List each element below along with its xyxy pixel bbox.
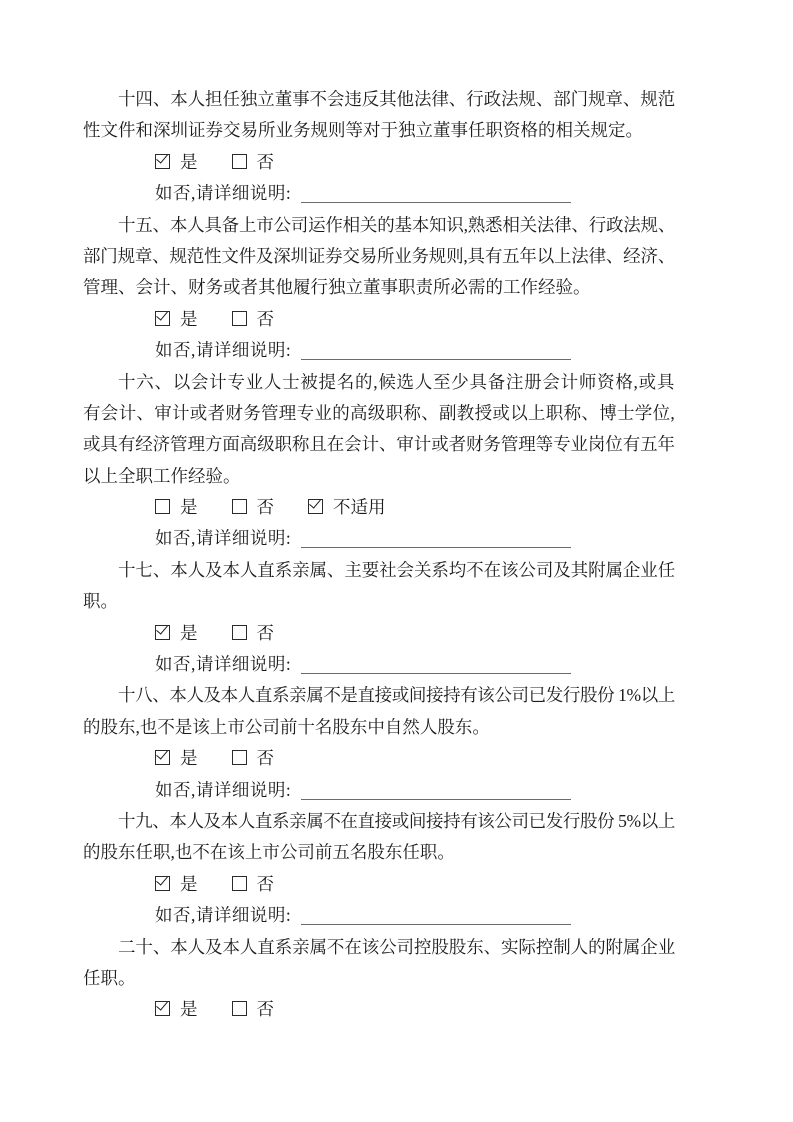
answer-option[interactable]: 否 xyxy=(232,623,275,643)
paragraph-line-text: 十八、本人及本人直系亲属不是直接或间接持有该公司已发行股份 1%以上 xyxy=(118,685,675,705)
document-page: 十四、本人担任独立董事不会违反其他法律、行政法规、部门规章、规范性文件和深圳证券… xyxy=(0,0,793,1122)
checkbox-unchecked-icon[interactable] xyxy=(232,625,247,640)
declaration-item: 十四、本人担任独立董事不会违反其他法律、行政法规、部门规章、规范性文件和深圳证券… xyxy=(83,84,675,210)
paragraph-line-text: 十五、本人具备上市公司运作相关的基本知识,熟悉相关法律、行政法规、 xyxy=(118,215,675,235)
explain-prompt-label: 如否,请详细说明: xyxy=(155,528,291,548)
explain-row: 如否,请详细说明: xyxy=(83,900,675,931)
paragraph-line-text: 管理、会计、财务或者其他履行独立董事职责所必需的工作经验。 xyxy=(83,277,591,297)
explain-prompt-label: 如否,请详细说明: xyxy=(155,905,291,925)
explain-row: 如否,请详细说明: xyxy=(83,775,675,806)
paragraph-line: 十八、本人及本人直系亲属不是直接或间接持有该公司已发行股份 1%以上 xyxy=(83,680,675,711)
paragraph-line-text: 或具有经济管理方面高级职称且在会计、审计或者财务管理等专业岗位有五年 xyxy=(83,434,675,454)
answer-option[interactable]: 否 xyxy=(232,309,275,329)
answer-row: 是否 xyxy=(83,869,675,900)
paragraph-line: 十七、本人及本人直系亲属、主要社会关系均不在该公司及其附属企业任 xyxy=(83,555,675,586)
checkbox-unchecked-icon[interactable] xyxy=(232,499,247,514)
document-content: 十四、本人担任独立董事不会违反其他法律、行政法规、部门规章、规范性文件和深圳证券… xyxy=(83,84,675,1026)
paragraph-line-text: 十九、本人及本人直系亲属不在直接或间接持有该公司已发行股份 5%以上 xyxy=(118,811,675,831)
explain-blank-field[interactable] xyxy=(301,183,571,203)
paragraph-line: 十六、以会计专业人士被提名的,候选人至少具备注册会计师资格,或具 xyxy=(83,367,675,398)
checkbox-unchecked-icon[interactable] xyxy=(232,876,247,891)
explain-prompt-label: 如否,请详细说明: xyxy=(155,183,291,203)
answer-row: 是否 xyxy=(83,304,675,335)
explain-blank-field[interactable] xyxy=(301,528,571,548)
answer-option-label: 不适用 xyxy=(333,497,386,517)
answer-option[interactable]: 是 xyxy=(155,748,198,768)
answer-row: 是否 xyxy=(83,743,675,774)
answer-option[interactable]: 是 xyxy=(155,874,198,894)
check-mark xyxy=(156,308,168,320)
checkbox-checked-icon[interactable] xyxy=(308,499,323,514)
paragraph-line-text: 二十、本人及本人直系亲属不在该公司控股股东、实际控制人的附属企业 xyxy=(118,937,675,957)
explain-prompt-label: 如否,请详细说明: xyxy=(155,780,291,800)
check-mark xyxy=(156,622,168,634)
paragraph-line: 职。 xyxy=(83,586,675,617)
paragraph-line: 性文件和深圳证券交易所业务规则等对于独立董事任职资格的相关规定。 xyxy=(83,115,675,146)
answer-option-label: 是 xyxy=(180,748,198,768)
paragraph-line: 十四、本人担任独立董事不会违反其他法律、行政法规、部门规章、规范 xyxy=(83,84,675,115)
declaration-item: 十六、以会计专业人士被提名的,候选人至少具备注册会计师资格,或具有会计、审计或者… xyxy=(83,367,675,555)
answer-option-label: 否 xyxy=(257,874,275,894)
answer-row: 是否 xyxy=(83,147,675,178)
paragraph-line-text: 十四、本人担任独立董事不会违反其他法律、行政法规、部门规章、规范 xyxy=(118,89,675,109)
answer-option[interactable]: 是 xyxy=(155,309,198,329)
checkbox-checked-icon[interactable] xyxy=(155,625,170,640)
checkbox-unchecked-icon[interactable] xyxy=(232,311,247,326)
paragraph-line: 任职。 xyxy=(83,963,675,994)
declaration-item: 十八、本人及本人直系亲属不是直接或间接持有该公司已发行股份 1%以上的股东,也不… xyxy=(83,680,675,806)
checkbox-unchecked-icon[interactable] xyxy=(232,750,247,765)
answer-option[interactable]: 是 xyxy=(155,497,198,517)
explain-prompt-label: 如否,请详细说明: xyxy=(155,654,291,674)
answer-option[interactable]: 是 xyxy=(155,623,198,643)
declaration-item: 十九、本人及本人直系亲属不在直接或间接持有该公司已发行股份 5%以上的股东任职,… xyxy=(83,806,675,932)
check-mark xyxy=(156,151,168,163)
answer-option-label: 是 xyxy=(180,152,198,172)
declaration-item: 十七、本人及本人直系亲属、主要社会关系均不在该公司及其附属企业任职。是否如否,请… xyxy=(83,555,675,681)
check-mark xyxy=(156,873,168,885)
declaration-item: 二十、本人及本人直系亲属不在该公司控股股东、实际控制人的附属企业任职。是否 xyxy=(83,932,675,1026)
answer-row: 是否不适用 xyxy=(83,492,675,523)
explain-blank-field[interactable] xyxy=(301,654,571,674)
check-mark xyxy=(156,748,168,760)
answer-option-label: 是 xyxy=(180,999,198,1019)
checkbox-checked-icon[interactable] xyxy=(155,154,170,169)
paragraph-line-text: 部门规章、规范性文件及深圳证券交易所业务规则,具有五年以上法律、经济、 xyxy=(83,246,675,266)
paragraph-line: 管理、会计、财务或者其他履行独立董事职责所必需的工作经验。 xyxy=(83,272,675,303)
paragraph-line: 十五、本人具备上市公司运作相关的基本知识,熟悉相关法律、行政法规、 xyxy=(83,210,675,241)
answer-option[interactable]: 不适用 xyxy=(308,497,386,517)
declaration-item: 十五、本人具备上市公司运作相关的基本知识,熟悉相关法律、行政法规、部门规章、规范… xyxy=(83,210,675,367)
answer-row: 是否 xyxy=(83,994,675,1025)
answer-option-label: 否 xyxy=(257,748,275,768)
paragraph-line-text: 十六、以会计专业人士被提名的,候选人至少具备注册会计师资格,或具 xyxy=(118,372,675,392)
answer-option[interactable]: 是 xyxy=(155,999,198,1019)
check-mark xyxy=(156,999,168,1011)
answer-option-label: 是 xyxy=(180,497,198,517)
paragraph-line-text: 的股东任职,也不在该上市公司前五名股东任职。 xyxy=(83,842,455,862)
paragraph-line-text: 的股东,也不是该上市公司前十名股东中自然人股东。 xyxy=(83,717,490,737)
paragraph-line: 十九、本人及本人直系亲属不在直接或间接持有该公司已发行股份 5%以上 xyxy=(83,806,675,837)
paragraph-line-text: 以上全职工作经验。 xyxy=(83,466,241,486)
paragraph-line: 的股东任职,也不在该上市公司前五名股东任职。 xyxy=(83,837,675,868)
checkbox-checked-icon[interactable] xyxy=(155,1001,170,1016)
paragraph-line: 部门规章、规范性文件及深圳证券交易所业务规则,具有五年以上法律、经济、 xyxy=(83,241,675,272)
answer-option-label: 是 xyxy=(180,309,198,329)
paragraph-line: 的股东,也不是该上市公司前十名股东中自然人股东。 xyxy=(83,712,675,743)
checkbox-checked-icon[interactable] xyxy=(155,311,170,326)
checkbox-unchecked-icon[interactable] xyxy=(155,499,170,514)
paragraph-line: 或具有经济管理方面高级职称且在会计、审计或者财务管理等专业岗位有五年 xyxy=(83,429,675,460)
explain-blank-field[interactable] xyxy=(301,905,571,925)
answer-option-label: 否 xyxy=(257,999,275,1019)
checkbox-checked-icon[interactable] xyxy=(155,750,170,765)
answer-option-label: 是 xyxy=(180,623,198,643)
answer-option-label: 是 xyxy=(180,874,198,894)
paragraph-line-text: 职。 xyxy=(83,591,118,611)
answer-option[interactable]: 是 xyxy=(155,152,198,172)
explain-row: 如否,请详细说明: xyxy=(83,178,675,209)
answer-option[interactable]: 否 xyxy=(232,748,275,768)
paragraph-line: 二十、本人及本人直系亲属不在该公司控股股东、实际控制人的附属企业 xyxy=(83,932,675,963)
answer-option-label: 否 xyxy=(257,623,275,643)
answer-option[interactable]: 否 xyxy=(232,152,275,172)
answer-option-label: 否 xyxy=(257,152,275,172)
explain-blank-field[interactable] xyxy=(301,340,571,360)
explain-row: 如否,请详细说明: xyxy=(83,335,675,366)
paragraph-line: 有会计、审计或者财务管理专业的高级职称、副教授或以上职称、博士学位, xyxy=(83,398,675,429)
paragraph-line-text: 任职。 xyxy=(83,968,136,988)
answer-option[interactable]: 否 xyxy=(232,999,275,1019)
checkbox-unchecked-icon[interactable] xyxy=(232,154,247,169)
checkbox-checked-icon[interactable] xyxy=(155,876,170,891)
paragraph-line-text: 有会计、审计或者财务管理专业的高级职称、副教授或以上职称、博士学位, xyxy=(83,403,675,423)
paragraph-line-text: 性文件和深圳证券交易所业务规则等对于独立董事任职资格的相关规定。 xyxy=(83,120,643,140)
explain-row: 如否,请详细说明: xyxy=(83,523,675,554)
answer-row: 是否 xyxy=(83,618,675,649)
explain-row: 如否,请详细说明: xyxy=(83,649,675,680)
explain-blank-field[interactable] xyxy=(301,780,571,800)
explain-prompt-label: 如否,请详细说明: xyxy=(155,340,291,360)
answer-option[interactable]: 否 xyxy=(232,497,275,517)
paragraph-line: 以上全职工作经验。 xyxy=(83,461,675,492)
answer-option[interactable]: 否 xyxy=(232,874,275,894)
checkbox-unchecked-icon[interactable] xyxy=(232,1001,247,1016)
check-mark xyxy=(309,496,321,508)
answer-option-label: 否 xyxy=(257,497,275,517)
answer-option-label: 否 xyxy=(257,309,275,329)
paragraph-line-text: 十七、本人及本人直系亲属、主要社会关系均不在该公司及其附属企业任 xyxy=(118,560,675,580)
